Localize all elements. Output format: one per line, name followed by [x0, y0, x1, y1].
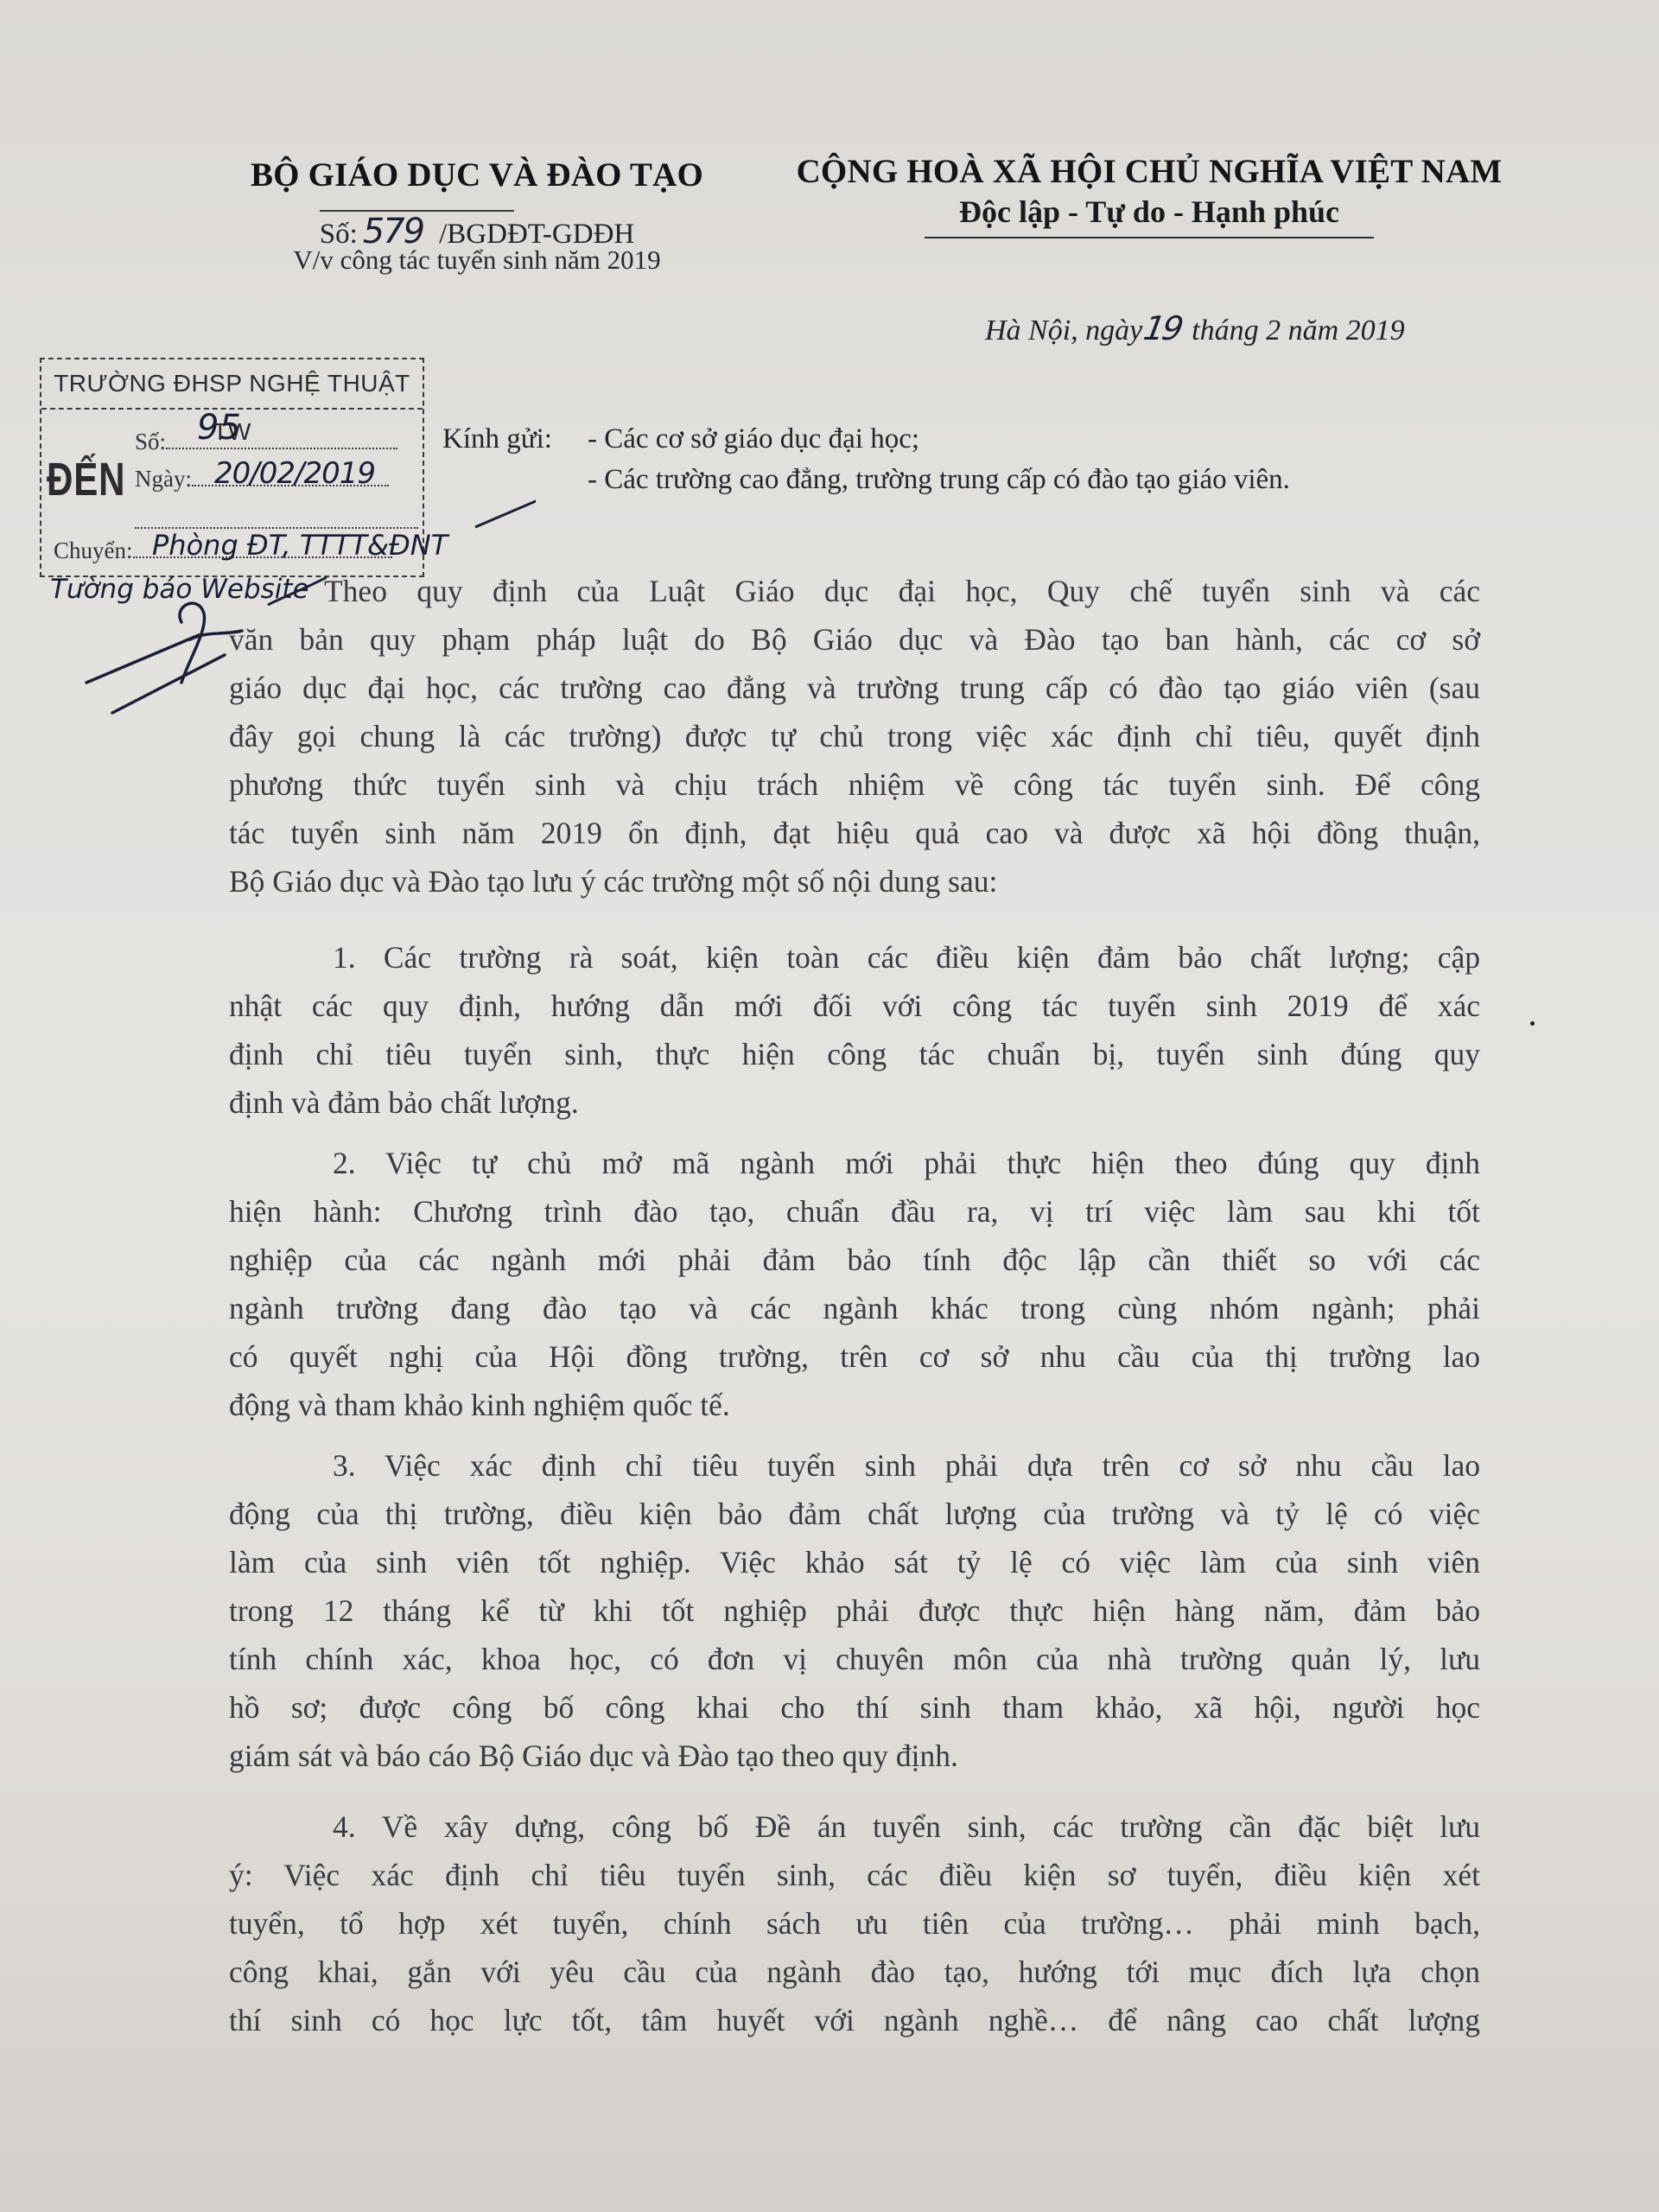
- place-date-prefix: Hà Nội, ngày: [985, 315, 1142, 346]
- recipient-item: - Các cơ sở giáo dục đại học;: [588, 423, 919, 455]
- body-line: 2. Việc tự chủ mở mã ngành mới phải thực…: [229, 1139, 1480, 1187]
- body-line: hồ sơ; được công bố công khai cho thí si…: [229, 1683, 1480, 1732]
- stamp-organization: TRƯỜNG ĐHSP NGHỆ THUẬT TW: [41, 359, 423, 410]
- stamp-number-label: Số:: [135, 429, 166, 454]
- body-line: tuyển, tổ hợp xét tuyển, chính sách ưu t…: [229, 1899, 1480, 1948]
- body-line: giám sát và báo cáo Bộ Giáo dục và Đào t…: [229, 1732, 1480, 1780]
- intro-paragraph: Theo quy định của Luật Giáo dục đại học,…: [229, 567, 1480, 906]
- body-line: nhật các quy định, hướng dẫn mới đối với…: [229, 982, 1480, 1030]
- body-line: 3. Việc xác định chỉ tiêu tuyển sinh phả…: [229, 1441, 1480, 1490]
- body-line: làm của sinh viên tốt nghiệp. Việc khảo …: [229, 1538, 1480, 1586]
- body-line: động và tham khảo kinh nghiệm quốc tế.: [229, 1381, 1480, 1429]
- numbered-item-4: 4. Về xây dựng, công bố Đề án tuyển sinh…: [229, 1802, 1480, 2044]
- body-line: Bộ Giáo dục và Đào tạo lưu ý các trường …: [229, 857, 1480, 906]
- body-line: thí sinh có học lực tốt, tâm huyết với n…: [229, 1996, 1480, 2044]
- national-title: CỘNG HOÀ XÃ HỘI CHỦ NGHĨA VIỆT NAM: [760, 152, 1538, 191]
- body-line: ngành trường đang đào tạo và các ngành k…: [229, 1284, 1480, 1332]
- recipients-label: Kính gửi:: [442, 423, 552, 455]
- body-line: định chỉ tiêu tuyển sinh, thực hiện công…: [229, 1030, 1480, 1078]
- place-date-suffix: tháng 2 năm 2019: [1192, 315, 1405, 346]
- ministry-name: BỘ GIÁO DỤC VÀ ĐÀO TẠO: [226, 156, 728, 194]
- stamp-number-dotted-line: [166, 448, 397, 449]
- place-date-day-handwritten: 19: [1141, 309, 1184, 347]
- body-line: tác tuyển sinh năm 2019 ổn định, đạt hiệ…: [229, 809, 1480, 857]
- national-motto: Độc lập - Tự do - Hạnh phúc: [760, 194, 1538, 230]
- body-line: phương thức tuyển sinh và chịu trách nhi…: [229, 760, 1480, 809]
- place-and-date: Hà Nội, ngày19 tháng 2 năm 2019: [985, 309, 1503, 347]
- body-line: động của thị trường, điều kiện bảo đảm c…: [229, 1490, 1480, 1538]
- body-line: có quyết nghị của Hội đồng trường, trên …: [229, 1332, 1480, 1381]
- stamp-number-value: 95: [197, 408, 241, 448]
- motto-underline: [925, 237, 1374, 238]
- numbered-item-3: 3. Việc xác định chỉ tiêu tuyển sinh phả…: [229, 1441, 1480, 1780]
- body-line: ý: Việc xác định chỉ tiêu tuyển sinh, cá…: [229, 1851, 1480, 1899]
- ink-dot: [1530, 1021, 1535, 1026]
- body-line: định và đảm bảo chất lượng.: [229, 1078, 1480, 1127]
- body-line: trong 12 tháng kể từ khi tốt nghiệp phải…: [229, 1586, 1480, 1635]
- body-line: công khai, gắn với yêu cầu của ngành đào…: [229, 1948, 1480, 1996]
- body-line: 4. Về xây dựng, công bố Đề án tuyển sinh…: [229, 1802, 1480, 1851]
- body-line: 1. Các trường rà soát, kiện toàn các điề…: [229, 933, 1480, 982]
- document-subject: V/v công tác tuyển sinh năm 2019: [226, 245, 728, 276]
- body-line: nghiệp của các ngành mới phải đảm bảo tí…: [229, 1236, 1480, 1284]
- body-line: Theo quy định của Luật Giáo dục đại học,…: [229, 567, 1480, 615]
- stamp-number-row: Số:: [135, 429, 397, 455]
- body-line: hiện hành: Chương trình đào tạo, chuẩn đ…: [229, 1187, 1480, 1236]
- body-line: đây gọi chung là các trường) được tự chủ…: [229, 712, 1480, 760]
- body-line: giáo dục đại học, các trường cao đẳng và…: [229, 664, 1480, 712]
- body-line: tính chính xác, khoa học, có đơn vị chuy…: [229, 1635, 1480, 1683]
- numbered-item-2: 2. Việc tự chủ mở mã ngành mới phải thực…: [229, 1139, 1480, 1429]
- numbered-item-1: 1. Các trường rà soát, kiện toàn các điề…: [229, 933, 1480, 1127]
- recipient-item: - Các trường cao đẳng, trường trung cấp …: [588, 464, 1290, 496]
- body-line: văn bản quy phạm pháp luật do Bộ Giáo dụ…: [229, 615, 1480, 664]
